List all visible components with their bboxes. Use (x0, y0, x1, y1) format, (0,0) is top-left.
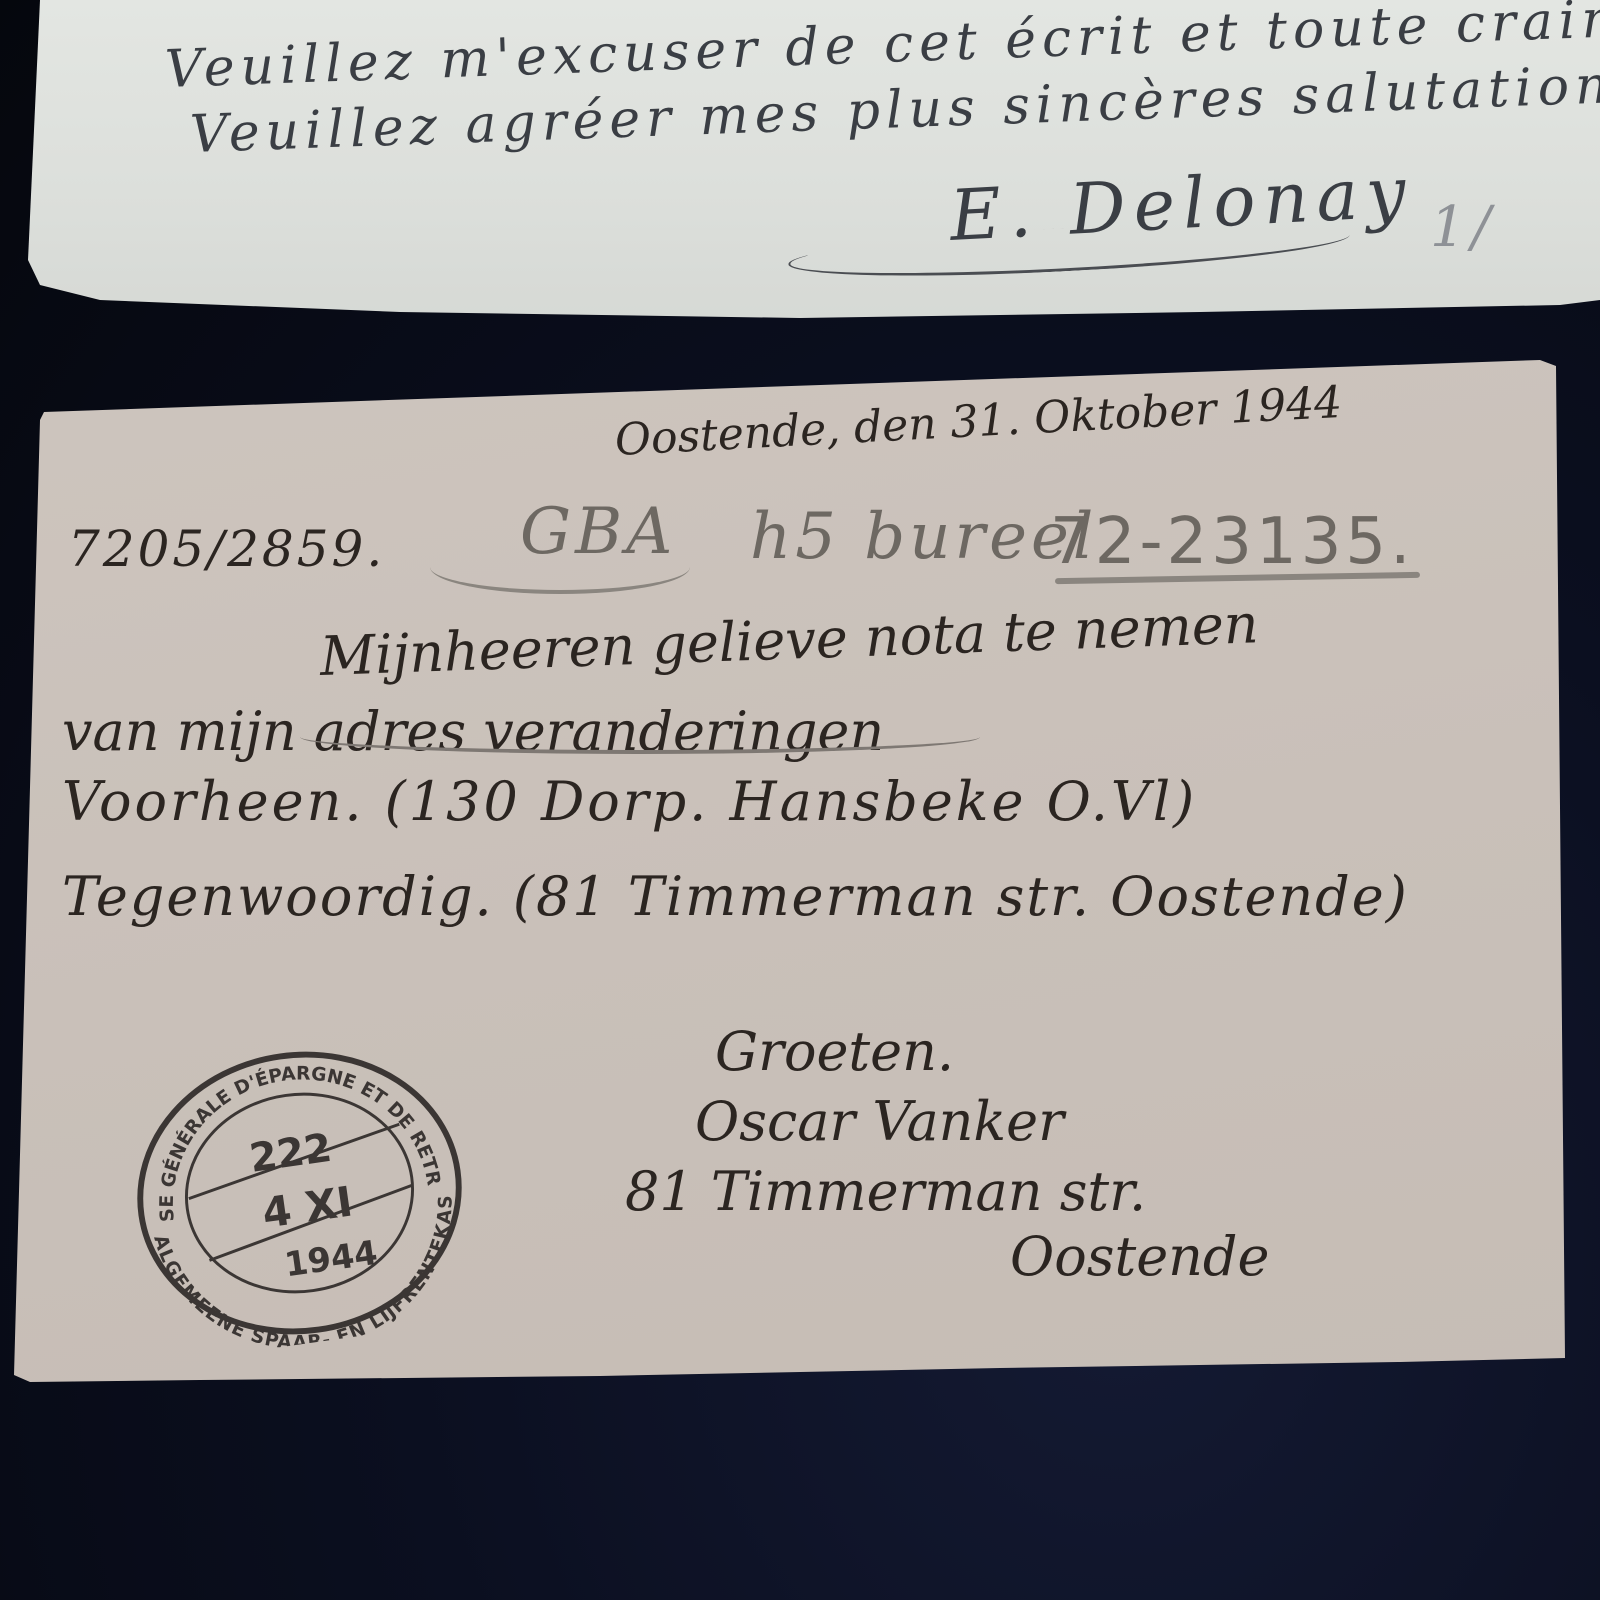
margin-mark: 1/ (1430, 195, 1497, 260)
postmark-stamp: CAISSE GÉNÉRALE D'ÉPARGNE ET DE RETRAITE… (113, 1021, 486, 1365)
closing: Groeten. (715, 1020, 954, 1083)
sender-city: Oostende (1010, 1225, 1269, 1288)
upper-letter-paper: Veuillez m'excuser de cet écrit et toute… (0, 0, 1600, 320)
stamp-year: 1944 (282, 1233, 380, 1285)
stamp-day-month: 4 XI (259, 1178, 355, 1238)
pencil-number: 72-23135. (1050, 505, 1414, 579)
body-line-4: Tegenwoordig. (81 Timmerman str. Oostend… (62, 865, 1409, 928)
sender-name: Oscar Vanker (695, 1090, 1064, 1153)
pencil-underline-1 (430, 540, 690, 594)
stamp-graphic: CAISSE GÉNÉRALE D'ÉPARGNE ET DE RETRAITE… (113, 1021, 486, 1365)
body-line-1: Mijnheeren gelieve nota te nemen (319, 592, 1260, 688)
pencil-note: h5 bureel (750, 500, 1097, 574)
sender-street: 81 Timmerman str. (625, 1160, 1146, 1223)
reference-number: 7205/2859. (68, 520, 385, 578)
body-line-3: Voorheen. (130 Dorp. Hansbeke O.Vl) (62, 770, 1197, 833)
stamp-number: 222 (247, 1125, 335, 1182)
body-underline (300, 720, 980, 754)
place-date: Oostende, den 31. Oktober 1944 (614, 377, 1344, 466)
